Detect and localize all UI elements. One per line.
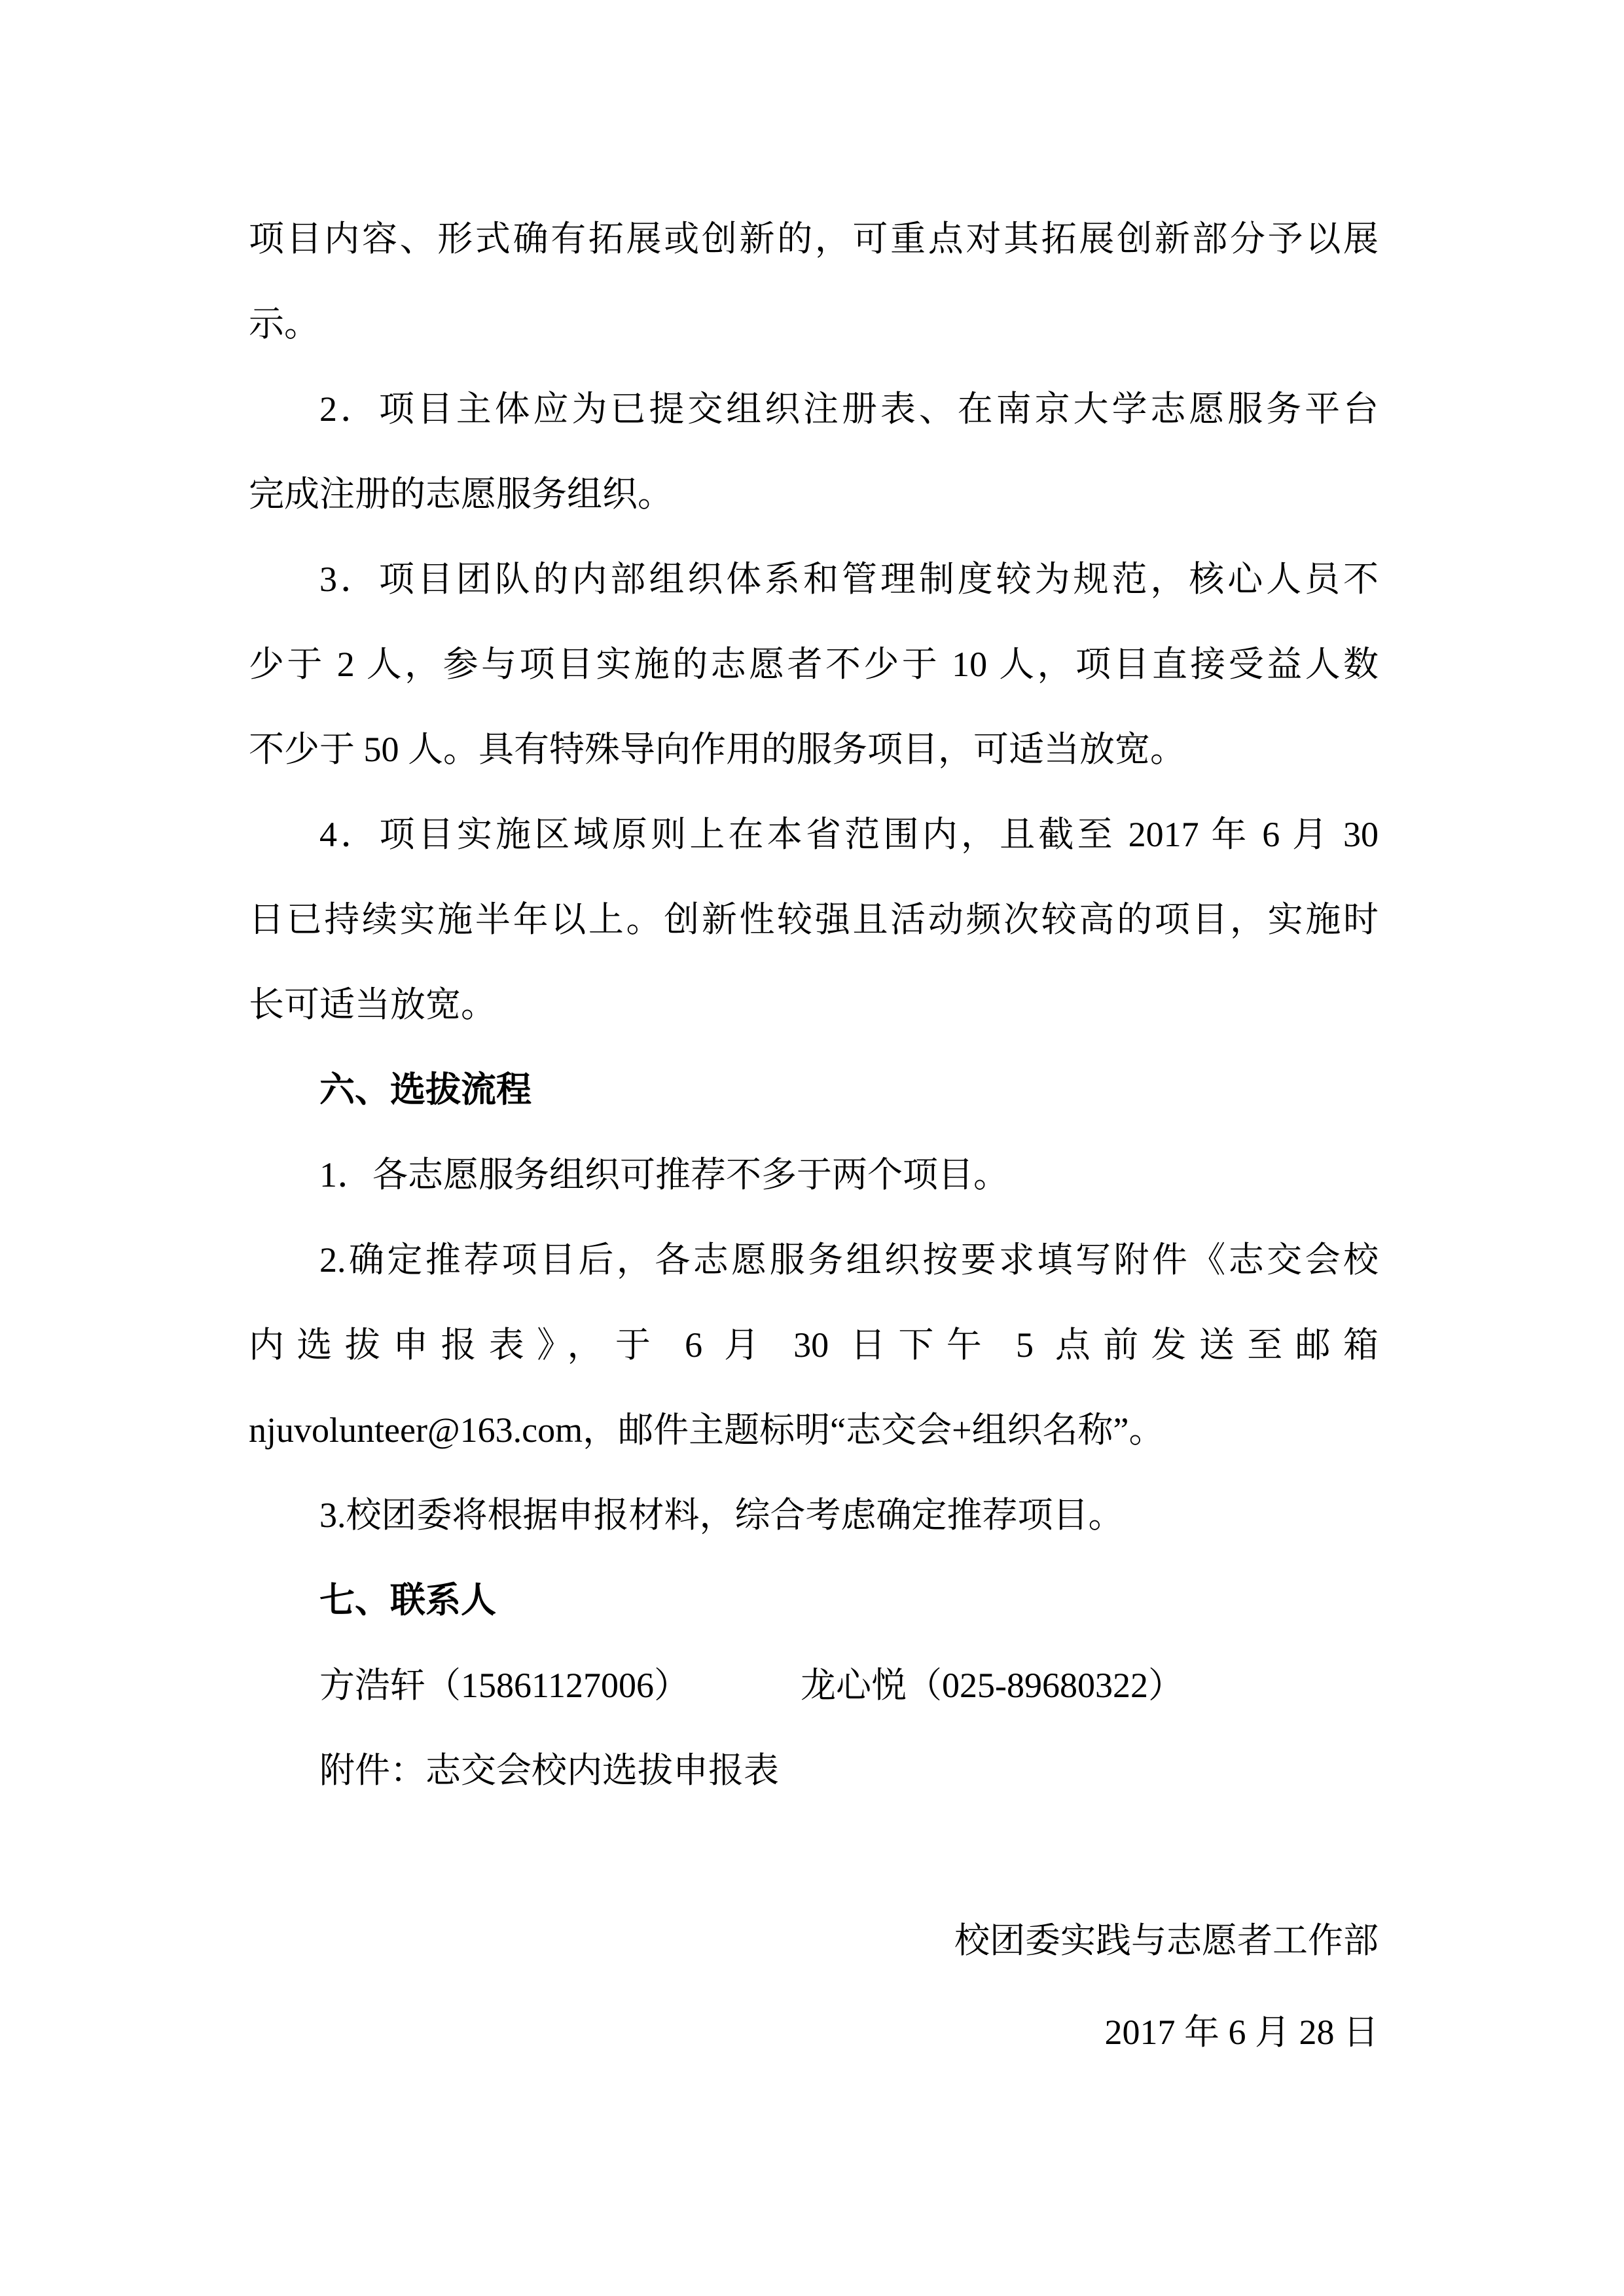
body-text-line: 3.校团委将根据申报材料，综合考虑确定推荐项目。	[249, 1473, 1379, 1558]
body-text-line: 项目内容、形式确有拓展或创新的，可重点对其拓展创新部分予以展	[249, 196, 1379, 281]
body-text-line: 示。	[249, 281, 1379, 367]
contact-line: 方浩轩（15861127006）龙心悦（025-89680322）	[249, 1643, 1379, 1728]
body-text-line: 3．项目团队的内部组织体系和管理制度较为规范，核心人员不	[249, 537, 1379, 622]
body-text-line: 日已持续实施半年以上。创新性较强且活动频次较高的项目，实施时	[249, 877, 1379, 962]
date-line: 2017 年 6 月 28 日	[249, 1990, 1379, 2075]
section-heading-selection-process: 六、选拔流程	[249, 1047, 1379, 1132]
attachment-line: 附件：志交会校内选拔申报表	[249, 1728, 1379, 1813]
body-text-line: 2．项目主体应为已提交组织注册表、在南京大学志愿服务平台	[249, 367, 1379, 452]
body-text-line: 2.确定推荐项目后，各志愿服务组织按要求填写附件《志交会校	[249, 1217, 1379, 1302]
body-text-line: 少于 2 人，参与项目实施的志愿者不少于 10 人，项目直接受益人数	[249, 622, 1379, 707]
contact-right: 龙心悦（025-89680322）	[801, 1666, 1183, 1705]
body-text-line: 完成注册的志愿服务组织。	[249, 452, 1379, 537]
body-text-line: 长可适当放宽。	[249, 962, 1379, 1047]
contact-left: 方浩轩（15861127006）	[319, 1666, 689, 1705]
document-page: 项目内容、形式确有拓展或创新的，可重点对其拓展创新部分予以展 示。 2．项目主体…	[0, 0, 1624, 2296]
body-text-line: 4．项目实施区域原则上在本省范围内，且截至 2017 年 6 月 30	[249, 792, 1379, 877]
body-text-line: 不少于 50 人。具有特殊导向作用的服务项目，可适当放宽。	[249, 707, 1379, 792]
body-text-line: 内选拔申报表》，于 6 月 30 日下午 5 点前发送至邮箱	[249, 1302, 1379, 1388]
signature-line: 校团委实践与志愿者工作部	[249, 1898, 1379, 1983]
email-line: njuvolunteer@163.com，邮件主题标明“志交会+组织名称”。	[249, 1388, 1379, 1473]
section-heading-contacts: 七、联系人	[249, 1558, 1379, 1643]
body-text-line: 1．各志愿服务组织可推荐不多于两个项目。	[249, 1132, 1379, 1217]
